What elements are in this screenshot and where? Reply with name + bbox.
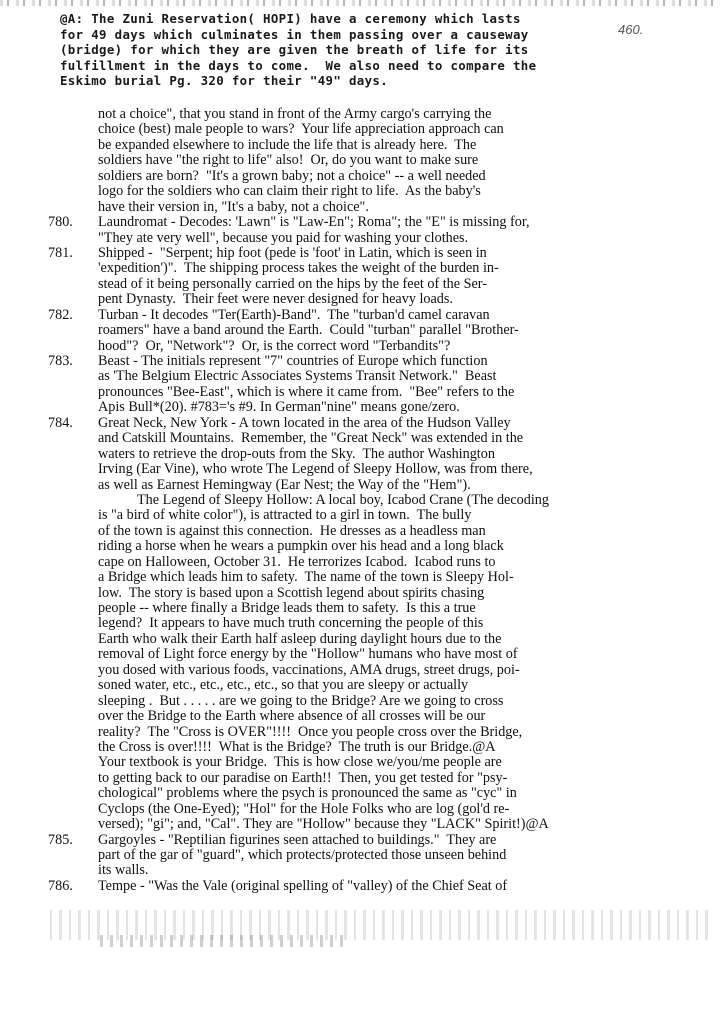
text-line: stead of it being personally carried on … <box>0 277 720 292</box>
paragraph-start: The Legend of Sleepy Hollow: A local boy… <box>0 493 720 508</box>
text-line: Your textbook is your Bridge. This is ho… <box>0 755 720 770</box>
text-line: soldiers are born? "It's a grown baby; n… <box>0 169 720 184</box>
text-line: waters to retrieve the drop-outs from th… <box>0 447 720 462</box>
text-line: the Cross is over!!!! What is the Bridge… <box>0 740 720 755</box>
text-line: "They ate very well", because you paid f… <box>0 231 720 246</box>
entry-784: 784.Great Neck, New York - A town locate… <box>0 416 720 431</box>
entry-782: 782.Turban - It decodes "Ter(Earth)-Band… <box>0 308 720 323</box>
text-line: pent Dynasty. Their feet were never desi… <box>0 292 720 307</box>
typewritten-footnote: @A: The Zuni Reservation( HOPI) have a c… <box>60 11 660 89</box>
text-line: 'expedition')". The shipping process tak… <box>0 261 720 276</box>
text-line: and Catskill Mountains. Remember, the "G… <box>0 431 720 446</box>
page-number: 460. <box>618 22 643 37</box>
text-line: roamers" have a band around the Earth. C… <box>0 323 720 338</box>
entry-781: 781.Shipped - "Serpent; hip foot (pede i… <box>0 246 720 261</box>
entry-number: 782. <box>48 308 73 323</box>
text-line: reality? The "Cross is OVER"!!!! Once yo… <box>0 725 720 740</box>
footnote-line: Eskimo burial Pg. 320 for their "49" day… <box>60 73 660 89</box>
entry-783: 783.Beast - The initials represent "7" c… <box>0 354 720 369</box>
text-line: as 'The Belgium Electric Associates Syst… <box>0 369 720 384</box>
entry-number: 781. <box>48 246 73 261</box>
text-line: choice (best) male people to wars? Your … <box>0 122 720 137</box>
text-line: removal of Light force energy by the "Ho… <box>0 647 720 662</box>
text-line: is "a bird of white color"), is attracte… <box>0 508 720 523</box>
text-line: chological" problems where the psych is … <box>0 786 720 801</box>
text-line: versed); "gi"; and, "Cal". They are "Hol… <box>0 817 720 832</box>
text-line: Cyclops (the One-Eyed); "Hol" for the Ho… <box>0 802 720 817</box>
text-line: logo for the soldiers who can claim thei… <box>0 184 720 199</box>
text-line: you dosed with various foods, vaccinatio… <box>0 663 720 678</box>
entry-number: 780. <box>48 215 73 230</box>
entry-number: 783. <box>48 354 73 369</box>
text-line: soldiers have "the right to life" also! … <box>0 153 720 168</box>
entry-number: 784. <box>48 416 73 431</box>
text-line: as well as Earnest Hemingway (Ear Nest; … <box>0 478 720 493</box>
entry-786: 786.Tempe - "Was the Vale (original spel… <box>0 879 720 894</box>
text-line: of the town is against this connection. … <box>0 524 720 539</box>
text-line: soned water, etc., etc., etc., etc., so … <box>0 678 720 693</box>
text-line: people -- where finally a Bridge leads t… <box>0 601 720 616</box>
document-body: not a choice", that you stand in front o… <box>0 107 720 894</box>
text-line: low. The story is based upon a Scottish … <box>0 586 720 601</box>
footnote-line: (bridge) for which they are given the br… <box>60 42 660 58</box>
text-line: hood"? Or, "Network"? Or, is the correct… <box>0 339 720 354</box>
text-line: cape on Halloween, October 31. He terror… <box>0 555 720 570</box>
footnote-line: fulfillment in the days to come. We also… <box>60 58 660 74</box>
scan-artifact-top <box>0 0 720 6</box>
entry-number: 785. <box>48 833 73 848</box>
text-line: Earth who walk their Earth half asleep d… <box>0 632 720 647</box>
text-line: legend? It appears to have much truth co… <box>0 616 720 631</box>
text-line: Apis Bull*(20). #783='s #9. In German"ni… <box>0 400 720 415</box>
entry-number: 786. <box>48 879 73 894</box>
text-line: over the Bridge to the Earth where absen… <box>0 709 720 724</box>
text-line: have their version in, "It's a baby, not… <box>0 200 720 215</box>
entry-785: 785.Gargoyles - "Reptilian figurines see… <box>0 833 720 848</box>
text-line: part of the gar of "guard", which protec… <box>0 848 720 863</box>
entry-780: 780.Laundromat - Decodes: 'Lawn" is "Law… <box>0 215 720 230</box>
scan-artifact-bottom <box>100 935 350 947</box>
text-line: sleeping . But . . . . . are we going to… <box>0 694 720 709</box>
text-line: Irving (Ear Vine), who wrote The Legend … <box>0 462 720 477</box>
text-line: its walls. <box>0 863 720 878</box>
footnote-line: @A: The Zuni Reservation( HOPI) have a c… <box>60 11 660 27</box>
text-line: be expanded elsewhere to include the lif… <box>0 138 720 153</box>
text-line: pronounces "Bee-East", which is where it… <box>0 385 720 400</box>
text-line: a Bridge which leads him to safety. The … <box>0 570 720 585</box>
text-line: riding a horse when he wears a pumpkin o… <box>0 539 720 554</box>
footnote-line: for 49 days which culminates in them pas… <box>60 27 660 43</box>
text-line: not a choice", that you stand in front o… <box>0 107 720 122</box>
text-line: to getting back to our paradise on Earth… <box>0 771 720 786</box>
